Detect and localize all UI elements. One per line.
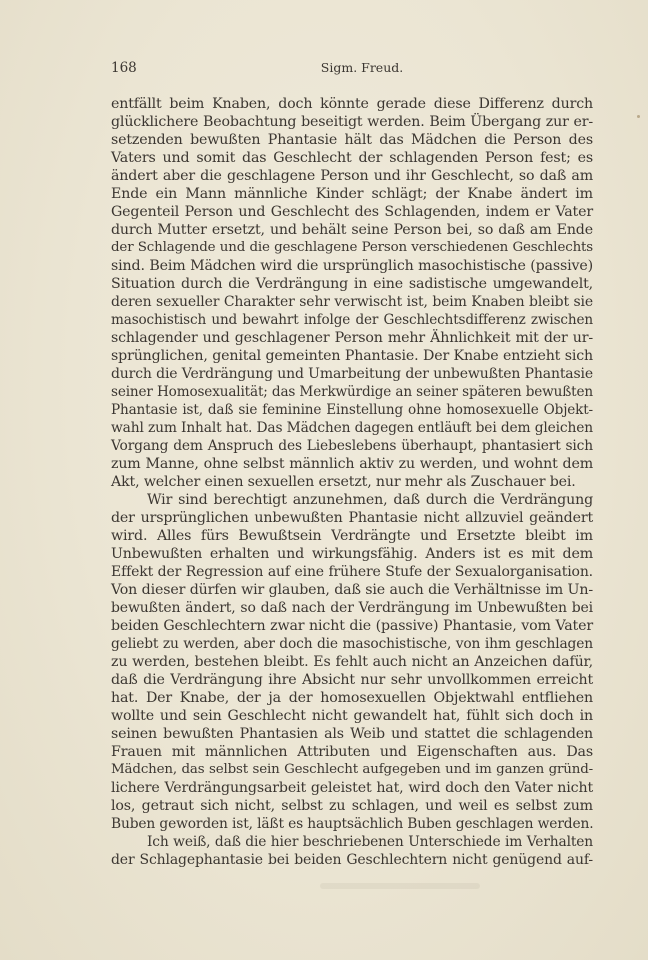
text-line: Von dieser dürfen wir glauben, daß sie a… [111,581,593,599]
text-line: deren sexueller Charakter sehr verwischt… [111,293,593,311]
text-line: los, getraut sich nicht, selbst zu schla… [111,797,593,815]
text-line: ändert aber die geschlagene Person und i… [111,167,593,185]
text-line: geliebt zu werden, aber doch die masochi… [111,635,593,653]
text-line: Frauen mit männlichen Attributen und Eig… [111,743,593,761]
text-line: Phantasie ist, daß sie feminine Einstell… [111,401,593,419]
text-line: Akt, welcher einen sexuellen ersetzt, nu… [111,473,593,491]
bleed-through-smudge [320,883,480,889]
running-head: Sigm. Freud. [111,60,593,75]
body-text: entfällt beim Knaben, doch könnte gerade… [111,95,593,869]
text-line: Vaters und somit das Geschlecht der schl… [111,149,593,167]
text-line: der ursprünglichen unbewußten Phantasie … [111,509,593,527]
text-line: Effekt der Regression auf eine frühere S… [111,563,593,581]
paragraph-start-line: Wir sind berechtigt anzunehmen, daß durc… [111,491,593,509]
text-line: seiner Homosexualität; das Merkwürdige a… [111,383,593,401]
paragraph-start-line: Ich weiß, daß die hier beschriebenen Unt… [111,833,593,851]
text-line: hat. Der Knabe, der ja der homosexuellen… [111,689,593,707]
text-line: durch die Verdrängung und Umarbeitung de… [111,365,593,383]
text-line: wird. Alles fürs Bewußtsein Verdrängte u… [111,527,593,545]
text-line: Ende ein Mann männliche Kinder schlägt; … [111,185,593,203]
text-line: beiden Geschlechtern zwar nicht die (pas… [111,617,593,635]
text-line: schlagender und geschlagener Person mehr… [111,329,593,347]
text-line: zum Manne, ohne selbst männlich aktiv zu… [111,455,593,473]
text-line: bewußten ändert, so daß nach der Verdrän… [111,599,593,617]
text-line: wollte und sein Geschlecht nicht gewande… [111,707,593,725]
text-line: der Schlagephantasie bei beiden Geschlec… [111,851,593,869]
text-line: setzenden bewußten Phantasie hält das Mä… [111,131,593,149]
text-line: Buben geworden ist, läßt es hauptsächlic… [111,815,593,833]
book-page: 168 Sigm. Freud. entfällt beim Knaben, d… [0,0,648,960]
text-line: der Schlagende und die geschlagene Perso… [111,239,593,257]
text-line: durch Mutter ersetzt, und behält seine P… [111,221,593,239]
text-line: Gegenteil Person und Geschlecht des Schl… [111,203,593,221]
text-line: Situation durch die Verdrängung in eine … [111,275,593,293]
text-line: entfällt beim Knaben, doch könnte gerade… [111,95,593,113]
text-line: Unbewußten erhalten und wirkungsfähig. A… [111,545,593,563]
text-line: sind. Beim Mädchen wird die ursprünglich… [111,257,593,275]
text-line: daß die Verdrängung ihre Absicht nur seh… [111,671,593,689]
page-header: 168 Sigm. Freud. [111,60,593,80]
text-line: masochistisch und bewahrt infolge der Ge… [111,311,593,329]
text-line: sprünglichen, genital gemeinten Phantasi… [111,347,593,365]
text-line: glücklichere Beobachtung beseitigt werde… [111,113,593,131]
text-line: Mädchen, das selbst sein Geschlecht aufg… [111,761,593,779]
text-line: zu werden, bestehen bleibt. Es fehlt auc… [111,653,593,671]
margin-speck [637,115,640,118]
text-line: seinen bewußten Phantasien als Weib und … [111,725,593,743]
text-line: lichere Verdrängungsarbeit geleistet hat… [111,779,593,797]
text-line: Vorgang dem Anspruch des Liebeslebens üb… [111,437,593,455]
text-line: wahl zum Inhalt hat. Das Mädchen dagegen… [111,419,593,437]
